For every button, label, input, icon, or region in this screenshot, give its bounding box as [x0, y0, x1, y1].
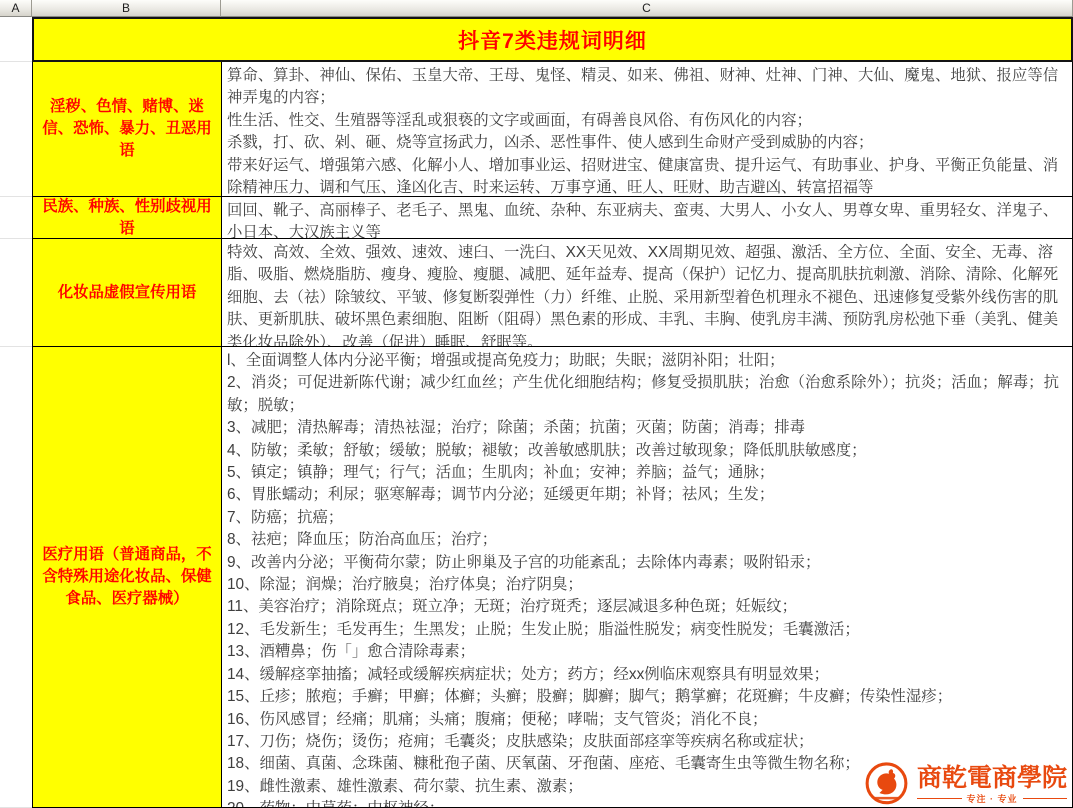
spreadsheet: A B C 抖音7类违规词明细 淫秽、色情、赌博、迷信、恐怖、暴力、丑恶用语 算… — [0, 0, 1073, 808]
page-title[interactable]: 抖音7类违规词明细 — [32, 17, 1073, 62]
empty-cell-a[interactable] — [0, 347, 32, 808]
content-cell-obscene-terms[interactable]: 算命、算卦、神仙、保佑、玉皇大帝、王母、鬼怪、精灵、如来、佛祖、财神、灶神、门神… — [221, 62, 1073, 197]
category-cell-medical-terms[interactable]: 医疗用语（普通商品，不含特殊用途化妆品、保健食品、医疗器械） — [32, 347, 221, 808]
category-cell-cosmetics-false-claims[interactable]: 化妆品虚假宣传用语 — [32, 239, 221, 347]
empty-cell-a[interactable] — [0, 239, 32, 347]
column-header-c[interactable]: C — [221, 0, 1073, 17]
column-header-b[interactable]: B — [32, 0, 221, 17]
sheet-grid: 抖音7类违规词明细 淫秽、色情、赌博、迷信、恐怖、暴力、丑恶用语 算命、算卦、神… — [0, 17, 1073, 808]
table-row: 化妆品虚假宣传用语 特效、高效、全效、强效、速效、速臼、一洗臼、XX天见效、XX… — [0, 239, 1073, 347]
table-row: 医疗用语（普通商品，不含特殊用途化妆品、保健食品、医疗器械） l、全面调整人体内… — [0, 347, 1073, 808]
empty-cell-a[interactable] — [0, 17, 32, 62]
table-row: 淫秽、色情、赌博、迷信、恐怖、暴力、丑恶用语 算命、算卦、神仙、保佑、玉皇大帝、… — [0, 62, 1073, 197]
category-cell-discrimination-terms[interactable]: 民族、种族、性别歧视用语 — [32, 197, 221, 239]
title-row: 抖音7类违规词明细 — [0, 17, 1073, 62]
table-row: 民族、种族、性别歧视用语 回回、靴子、高丽棒子、老毛子、黑鬼、血统、杂种、东亚病… — [0, 197, 1073, 239]
content-cell-cosmetics-false-claims[interactable]: 特效、高效、全效、强效、速效、速臼、一洗臼、XX天见效、XX周期见效、超强、激活… — [221, 239, 1073, 347]
category-cell-obscene-terms[interactable]: 淫秽、色情、赌博、迷信、恐怖、暴力、丑恶用语 — [32, 62, 221, 197]
content-cell-medical-terms[interactable]: l、全面调整人体内分泌平衡；增强或提高免疫力；助眠；失眠；滋阴补阳；壮阳； 2、… — [221, 347, 1073, 808]
empty-cell-a[interactable] — [0, 197, 32, 239]
empty-cell-a[interactable] — [0, 62, 32, 197]
column-header-a[interactable]: A — [0, 0, 32, 17]
column-header-row: A B C — [0, 0, 1073, 17]
content-cell-discrimination-terms[interactable]: 回回、靴子、高丽棒子、老毛子、黑鬼、血统、杂种、东亚病夫、蛮夷、大男人、小女人、… — [221, 197, 1073, 239]
